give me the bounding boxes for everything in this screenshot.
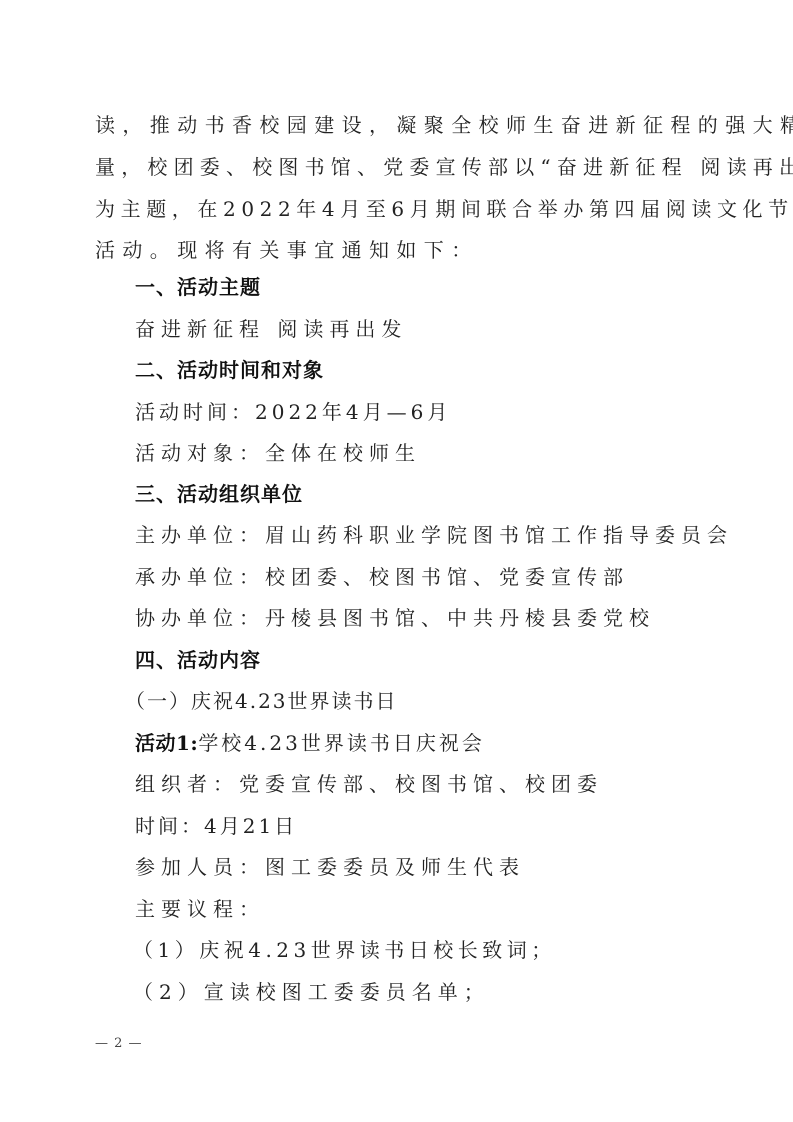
- agenda-item-2: （2）宣读校图工委委员名单；: [133, 979, 490, 1005]
- page-number: — 2 —: [95, 1036, 143, 1051]
- activity-1-time: 时间：4月21日: [135, 813, 297, 839]
- intro-line-1: 读，推动书香校园建设，凝聚全校师生奋进新征程的强大精神力: [95, 112, 793, 138]
- activity-1-organizer: 组织者：党委宣传部、校图书馆、校团委: [135, 771, 603, 797]
- activity-1-title: 学校4.23世界读书日庆祝会: [198, 731, 485, 755]
- section-heading-organizers: 三、活动组织单位: [135, 481, 303, 507]
- section-heading-time-audience: 二、活动时间和对象: [135, 357, 324, 383]
- document-page: 读，推动书香校园建设，凝聚全校师生奋进新征程的强大精神力 量，校团委、校图书馆、…: [0, 0, 793, 1122]
- agenda-item-1: （1）庆祝4.23世界读书日校长致词；: [133, 937, 556, 963]
- intro-line-4: 活动。现将有关事宜通知如下：: [95, 237, 479, 263]
- intro-line-3: 为主题，在2022年4月至6月期间联合举办第四届阅读文化节系列: [95, 196, 793, 222]
- activity-audience: 活动对象：全体在校师生: [135, 440, 421, 466]
- activity-1-line: 活动1:学校4.23世界读书日庆祝会: [135, 730, 485, 756]
- theme-text: 奋进新征程 阅读再出发: [135, 316, 407, 342]
- intro-line-2: 量，校团委、校图书馆、党委宣传部以“奋进新征程 阅读再出发”: [95, 154, 793, 180]
- co-organizer-unit: 协办单位：丹棱县图书馆、中共丹棱县委党校: [135, 605, 655, 631]
- host-unit: 主办单位：眉山药科职业学院图书馆工作指导委员会: [135, 522, 733, 548]
- activity-1-label: 活动1:: [135, 731, 198, 755]
- section-heading-content: 四、活动内容: [135, 647, 261, 673]
- activity-time: 活动时间：2022年4月—6月: [135, 399, 451, 425]
- section-heading-theme: 一、活动主题: [135, 274, 261, 300]
- activity-1-participants: 参加人员：图工委委员及师生代表: [135, 854, 525, 880]
- subsection-title: （一）庆祝4.23世界读书日: [125, 688, 398, 714]
- agenda-label: 主要议程：: [135, 896, 265, 922]
- organizer-unit: 承办单位：校团委、校图书馆、党委宣传部: [135, 564, 629, 590]
